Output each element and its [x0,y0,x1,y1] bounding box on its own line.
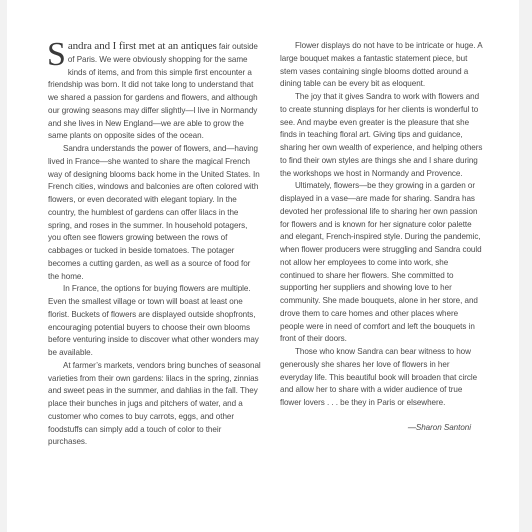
paragraph: Ultimately, flowers—be they growing in a… [280,180,483,346]
paragraph-text: fair outside of Paris. We were obviously… [48,42,258,140]
opening-paragraph: Sandra and I first met at an antiques fa… [48,40,261,143]
drop-cap: S [47,42,66,68]
author-signature: —Sharon Santoni [280,422,483,435]
paragraph: Sandra understands the power of flowers,… [48,143,261,283]
left-column: Sandra and I first met at an antiques fa… [48,40,261,449]
paragraph: Flower displays do not have to be intric… [280,40,483,91]
paragraph: At farmer’s markets, vendors bring bunch… [48,360,261,449]
lead-in-text: andra and I first met at an antiques [68,40,217,52]
paragraph: In France, the options for buying flower… [48,283,261,360]
paragraph: Those who know Sandra can bear witness t… [280,346,483,410]
right-column: Flower displays do not have to be intric… [280,40,483,435]
book-page: Sandra and I first met at an antiques fa… [7,0,519,532]
paragraph: The joy that it gives Sandra to work wit… [280,91,483,180]
